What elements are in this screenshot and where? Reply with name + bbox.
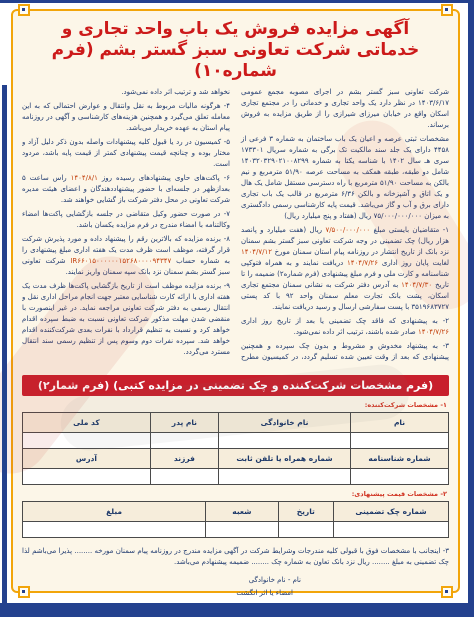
body-paragraph: ۸- برنده مزایده که بالاترین رقم را پیشنه…: [22, 234, 230, 278]
table-input-row: [23, 469, 449, 485]
headline-line1: آگهی مزایده فروش یک باب واحد تجاری و: [22, 19, 449, 40]
table-header-cell: نام خانوادگی: [218, 413, 350, 433]
ad-frame: آگهی مزایده فروش یک باب واحد تجاری و خدم…: [11, 9, 460, 593]
frame-corner-ornament: [441, 4, 453, 16]
table-header-row: شماره چک تضمینیتاریخشعبهمبلغ: [23, 502, 449, 522]
table-blank-cell: [351, 469, 449, 485]
table-blank-cell: [218, 469, 350, 485]
body-paragraph: ۹- برنده مزایده موظف است از تاریخ بازگشا…: [22, 281, 230, 358]
ad-headline: آگهی مزایده فروش یک باب واحد تجاری و خدم…: [22, 19, 449, 82]
table-header-row: نامنام خانوادگینام پدرکد ملی: [23, 413, 449, 433]
table-blank-cell: [351, 433, 449, 449]
table-header-cell: مبلغ: [23, 502, 206, 522]
body-paragraph: ۶- پاکت‌های حاوی پیشنهادهای رسیده روز ۱۴…: [22, 173, 230, 206]
participant-table: نامنام خانوادگینام پدرکد ملیشماره شناسنا…: [22, 412, 449, 485]
signature-name-line: نام - نام خانوادگی: [22, 575, 449, 586]
frame-corner-ornament: [18, 4, 30, 16]
table-blank-cell: [333, 522, 448, 538]
price-check-table-body: شماره چک تضمینیتاریخشعبهمبلغ: [23, 502, 449, 538]
table-blank-cell: [218, 433, 350, 449]
table-header-cell: شعبه: [206, 502, 278, 522]
table-blank-cell: [23, 433, 151, 449]
page-rule-left: [2, 85, 7, 603]
body-paragraph: مشخصات ثبتی عرصه و اعیان یک باب ساختمان …: [241, 134, 449, 222]
table-header-cell: آدرس: [23, 449, 151, 469]
page-rule-right: [468, 0, 474, 603]
table-header-cell: شماره چک تضمینی: [333, 502, 448, 522]
participant-table-body: نامنام خانوادگینام پدرکد ملیشماره شناسنا…: [23, 413, 449, 485]
table-header-cell: نام پدر: [150, 413, 218, 433]
price-check-table: شماره چک تضمینیتاریخشعبهمبلغ: [22, 501, 449, 538]
headline-line2: خدماتی شرکت تعاونی سبز گستر بشم (فرم شما…: [22, 40, 449, 82]
table-blank-cell: [150, 469, 218, 485]
signature-stamp-line: امضاء یا اثر انگشت: [22, 588, 449, 599]
table-blank-cell: [23, 522, 206, 538]
section1-label: ۱- مشخصات شرکت‌کننده:: [22, 401, 447, 409]
body-columns: شرکت تعاونی سبز گستر بشم در اجرای مصوبه …: [22, 87, 449, 370]
ad-content: آگهی مزایده فروش یک باب واحد تجاری و خدم…: [13, 11, 458, 591]
acceptance-clause: ۳- اینجانب با مشخصات فوق با قبولی کلیه م…: [22, 546, 449, 568]
page-rule-top: [0, 0, 474, 3]
body-paragraph: ۷- در صورت حضور وکیل متقاضی در جلسه بازگ…: [22, 209, 230, 231]
body-paragraph: ۱- متقاضیان بایستی مبلغ ۷/۵۰۰/۰۰۰/۰۰۰ ری…: [241, 225, 449, 313]
body-paragraph: شرکت تعاونی سبز گستر بشم در اجرای مصوبه …: [241, 87, 449, 131]
table-blank-cell: [23, 469, 151, 485]
table-input-row: [23, 522, 449, 538]
table-header-cell: کد ملی: [23, 413, 151, 433]
table-header-row: شماره شناسنامهشماره همراه یا تلفن ثابتفر…: [23, 449, 449, 469]
frame-corner-ornament: [441, 586, 453, 598]
section2-label: ۲- مشخصات قیمت پیشنهادی:: [22, 490, 447, 498]
body-paragraph: ۴- هرگونه مالیات مربوط به نقل وانتقال و …: [22, 101, 230, 134]
table-header-cell: فرزند: [150, 449, 218, 469]
body-paragraph: ۲- به پیشنهادی که فاقد چک تضمینی یا بعد …: [241, 316, 449, 338]
table-header-cell: شماره همراه یا تلفن ثابت: [218, 449, 350, 469]
table-blank-cell: [150, 433, 218, 449]
body-paragraph: ۵- کمیسیون در رد یا قبول کلیه پیشنهادات …: [22, 137, 230, 170]
form-banner: (فرم مشخصات شرکت‌کننده و چک تضمینی در مز…: [22, 375, 449, 396]
table-header-cell: تاریخ: [278, 502, 333, 522]
table-header-cell: شماره شناسنامه: [351, 449, 449, 469]
table-input-row: [23, 433, 449, 449]
newspaper-ad-clipping: آگهی مزایده فروش یک باب واحد تجاری و خدم…: [0, 0, 474, 617]
table-blank-cell: [278, 522, 333, 538]
table-header-cell: نام: [351, 413, 449, 433]
frame-corner-ornament: [18, 586, 30, 598]
table-blank-cell: [206, 522, 278, 538]
page-rule-bottom: [0, 603, 474, 617]
